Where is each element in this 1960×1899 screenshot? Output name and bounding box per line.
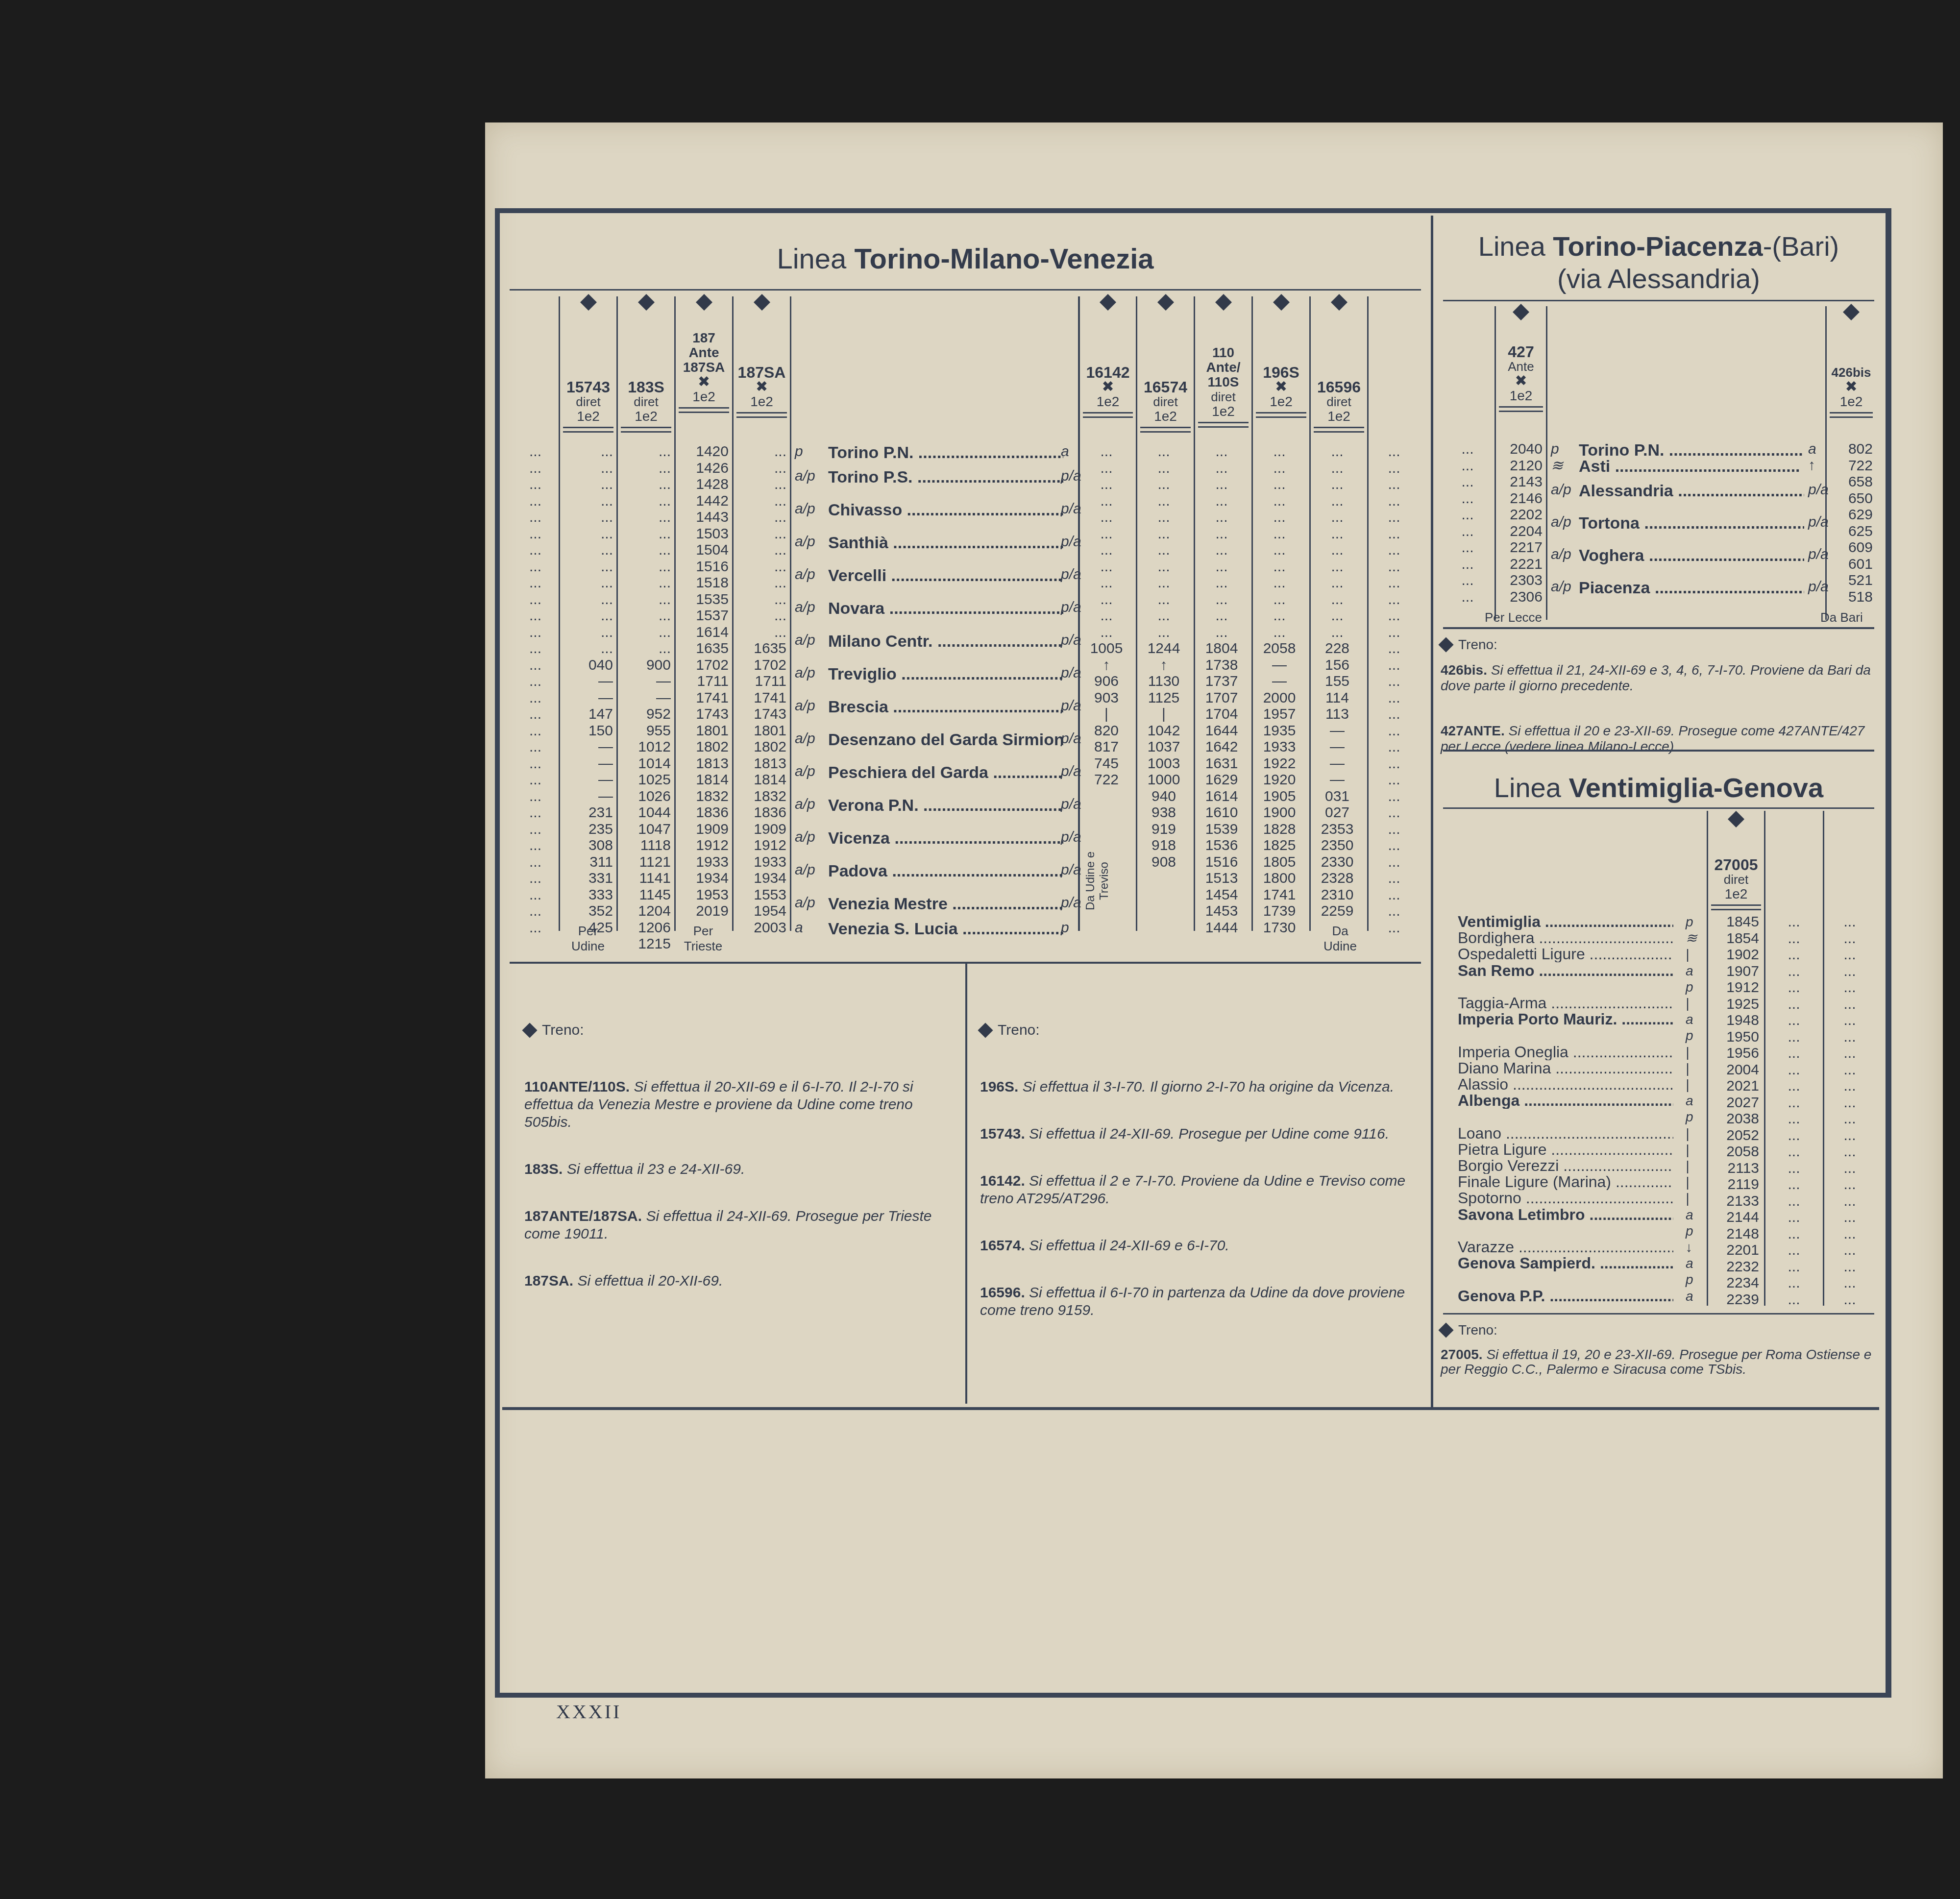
time-cell: ... [1370, 739, 1419, 755]
station-name: Novara .................................… [828, 599, 1063, 618]
time-cell: ... [512, 443, 559, 460]
station-name: Ventimiglia ............................… [1458, 914, 1673, 930]
footnote-item: 16596. Si effettua il 6-I-70 in partenza… [980, 1284, 1411, 1319]
time-cell: ... [1445, 589, 1490, 606]
time-cell: 1454 [1195, 887, 1248, 903]
time-cell: ... [618, 443, 671, 460]
time-cell: ... [1137, 443, 1190, 460]
arrival-departure-mark: | [1686, 1190, 1689, 1206]
time-cell: ... [1370, 608, 1419, 624]
time-cell: ... [1311, 559, 1364, 575]
footnote-text: Si effettua il 19, 20 e 23-XII-69. Prose… [1441, 1347, 1871, 1377]
time-cell: ... [1766, 1160, 1821, 1177]
time-cell: 1044 [618, 804, 671, 821]
time-cell: 609 [1828, 539, 1873, 556]
time-cell: ... [512, 608, 559, 624]
time-cell: ... [1253, 509, 1306, 526]
train-header-16574: 16574 diret 1e2 [1137, 296, 1194, 433]
time-cell: ... [1766, 1095, 1821, 1111]
footnote-text: Si effettua il 20-XII-69. [577, 1273, 723, 1289]
footnote-train-id: 196S. [980, 1079, 1018, 1095]
train-header-16596: 16596 diret 1e2 [1311, 296, 1367, 433]
time-cell: 2202 [1497, 507, 1543, 523]
time-cell: ... [1825, 1209, 1874, 1226]
arrival-departure-mark: a/p [795, 632, 815, 649]
time-cell: 1118 [618, 837, 671, 854]
time-cell: ... [1825, 1160, 1874, 1177]
station-name: Piacenza ...............................… [1579, 579, 1804, 598]
time-cell: 1614 [676, 624, 729, 641]
time-cell: ... [1137, 559, 1190, 575]
time-cell: 1442 [676, 493, 729, 510]
arrival-departure-mark: a [795, 920, 803, 936]
station-name: Genova Sampierd. .......................… [1458, 1255, 1673, 1271]
train-time-column: ....................................2281… [1311, 443, 1364, 920]
footer-per-lecce: Per Lecce [1485, 610, 1542, 625]
time-cell: ... [512, 772, 559, 788]
time-cell: 1739 [1253, 903, 1306, 920]
time-cell: ... [1370, 542, 1419, 559]
time-cell: ... [512, 821, 559, 838]
footnote-item: 187ANTE/187SA. Si effettua il 24-XII-69.… [524, 1208, 955, 1243]
time-cell: ... [1766, 1062, 1821, 1078]
time-cell: 2120 [1497, 458, 1543, 474]
station-name: Vicenza ................................… [828, 829, 1063, 848]
time-cell: 1912 [676, 837, 729, 854]
restaurant-car-icon: ✖ [734, 380, 790, 394]
time-cell: 1801 [676, 723, 729, 739]
time-cell: ... [618, 526, 671, 542]
time-cell: ... [1766, 1275, 1821, 1291]
time-cell: ... [1195, 443, 1248, 460]
footnote-item: 426bis. Si effettua il 21, 24-XII-69 e 3… [1441, 662, 1872, 694]
time-cell: ... [734, 509, 786, 526]
arrival-departure-mark: a/p [795, 796, 815, 813]
piacenza-title-rule [1443, 300, 1874, 301]
arrival-departure-mark: | [1686, 1060, 1689, 1076]
time-cell: ... [1080, 559, 1133, 575]
arrival-departure-mark: p/a [1061, 829, 1081, 846]
time-cell: 1711 [734, 673, 786, 690]
time-cell: 1909 [676, 821, 729, 838]
time-cell: 1933 [676, 854, 729, 871]
arrival-departure-mark: a/p [795, 468, 815, 485]
time-cell: ... [512, 854, 559, 871]
station-name: Pietra Ligure ..........................… [1458, 1142, 1673, 1158]
time-cell: ... [1766, 1291, 1821, 1308]
arrival-departure-mark: p [1686, 1027, 1693, 1044]
ellipsis-column: ........................................… [1766, 914, 1821, 1308]
station-name: Voghera ................................… [1579, 546, 1804, 565]
time-cell: ... [1195, 608, 1248, 624]
time-cell: 1907 [1710, 963, 1759, 980]
arrival-departure-mark: p/a [1061, 763, 1081, 780]
time-cell: 903 [1080, 690, 1133, 706]
station-name: Chivasso ...............................… [828, 501, 1063, 520]
footnote-text: Si effettua il 24-XII-69 e 6-I-70. [1029, 1238, 1229, 1254]
time-cell: 658 [1828, 474, 1873, 490]
time-cell: 1204 [618, 903, 671, 920]
time-cell: 2146 [1497, 490, 1543, 507]
time-cell: ... [618, 624, 671, 641]
time-cell: 2143 [1497, 474, 1543, 490]
restaurant-car-icon: ✖ [1253, 380, 1309, 394]
time-cell: 601 [1828, 556, 1873, 573]
time-cell: ... [1137, 575, 1190, 591]
arrival-departure-mark: ↓ [1686, 1239, 1692, 1255]
time-cell: ... [734, 608, 786, 624]
diamond-icon [1728, 811, 1744, 828]
time-cell: ... [1370, 887, 1419, 903]
time-cell: 333 [560, 887, 613, 903]
time-cell: ... [560, 542, 613, 559]
time-cell: ... [560, 509, 613, 526]
time-cell: ... [512, 673, 559, 690]
time-cell: ... [1825, 1193, 1874, 1210]
time-cell: ... [512, 493, 559, 510]
time-cell: 2019 [676, 903, 729, 920]
time-cell: ... [560, 493, 613, 510]
arrival-departure-mark: a/p [795, 730, 815, 747]
footnote-item: 15743. Si effettua il 24-XII-69. Prosegu… [980, 1125, 1411, 1143]
arrival-departure-mark: a/p [795, 829, 815, 846]
time-cell: 031 [1311, 788, 1364, 805]
time-cell: ... [1253, 608, 1306, 624]
train-header-110s: 110 Ante/ 110S diret 1e2 [1195, 296, 1251, 428]
col-line [790, 296, 791, 931]
time-cell: — [560, 755, 613, 772]
arrival-departure-mark: p [1061, 920, 1069, 936]
time-cell: ... [512, 591, 559, 608]
station-name: Varazze ................................… [1458, 1239, 1673, 1255]
time-cell: 1635 [676, 640, 729, 657]
train-header-187sa: 187SA ✖ 1e2 [734, 296, 790, 418]
time-cell: 1909 [734, 821, 786, 838]
time-cell: 1836 [676, 804, 729, 821]
footnote-item: 16574. Si effettua il 24-XII-69 e 6-I-70… [980, 1237, 1411, 1255]
train-time-column: 1845185419021907191219251948195019562004… [1710, 914, 1759, 1308]
diamond-icon [522, 1023, 537, 1038]
time-cell: 1743 [676, 706, 729, 723]
time-cell: ... [1766, 979, 1821, 996]
time-cell: 629 [1828, 507, 1873, 523]
time-cell: 1037 [1137, 739, 1190, 755]
time-cell: ... [1825, 1095, 1874, 1111]
diamond-icon [1331, 294, 1347, 311]
time-cell: 1244 [1137, 640, 1190, 657]
arrival-departure-mark: | [1686, 1076, 1689, 1093]
time-cell: ... [1825, 996, 1874, 1013]
time-cell: ... [1825, 1259, 1874, 1275]
time-cell: 1428 [676, 476, 729, 493]
time-cell: ... [560, 640, 613, 657]
time-cell: 1813 [734, 755, 786, 772]
station-name: San Remo ...............................… [1458, 963, 1673, 979]
time-cell: ... [1080, 608, 1133, 624]
time-cell: 1513 [1195, 870, 1248, 887]
station-name: Spotorno ...............................… [1458, 1190, 1673, 1206]
time-cell: 940 [1137, 788, 1190, 805]
time-cell: ... [512, 509, 559, 526]
arrival-departure-mark: p/a [1808, 514, 1829, 531]
time-cell: ... [512, 837, 559, 854]
footer-da-udine: Da Udine [1316, 924, 1365, 954]
time-cell: ... [1195, 591, 1248, 608]
time-cell: ... [1825, 1062, 1874, 1078]
time-cell: ... [1766, 914, 1821, 930]
time-cell: ... [618, 591, 671, 608]
time-cell: 1614 [1195, 788, 1248, 805]
time-cell: 1026 [618, 788, 671, 805]
footnote-item: 183S. Si effettua il 23 e 24-XII-69. [524, 1161, 955, 1178]
arrival-departure-mark: a/p [795, 862, 815, 878]
time-cell: ... [1766, 1226, 1821, 1242]
arrival-departure-mark: p/a [1061, 468, 1081, 485]
diamond-icon [1843, 304, 1860, 320]
time-cell: ... [1370, 624, 1419, 641]
time-cell: ... [1195, 460, 1248, 477]
time-cell: ... [560, 608, 613, 624]
arrival-departure-mark: | [1686, 1174, 1689, 1190]
time-cell: 1828 [1253, 821, 1306, 838]
restaurant-car-icon: ✖ [1496, 374, 1546, 389]
time-cell: ... [512, 542, 559, 559]
time-cell: — [1311, 723, 1364, 739]
time-cell: 906 [1080, 673, 1133, 690]
time-cell: 113 [1311, 706, 1364, 723]
footnote-text: Si effettua il 2 e 7-I-70. Proviene da U… [980, 1173, 1405, 1207]
time-cell: ... [1766, 1012, 1821, 1029]
footnote-item: 27005. Si effettua il 19, 20 e 23-XII-69… [1441, 1347, 1872, 1377]
time-cell: 228 [1311, 640, 1364, 657]
arrival-departure-mark: a/p [795, 534, 815, 550]
time-cell: ... [1370, 591, 1419, 608]
time-cell: 1738 [1195, 657, 1248, 674]
time-cell: ... [618, 542, 671, 559]
time-cell: 1802 [676, 739, 729, 755]
time-cell: ... [1370, 559, 1419, 575]
ellipsis-column: .............................. [1445, 441, 1490, 605]
time-cell: ... [1253, 542, 1306, 559]
time-cell: 331 [560, 870, 613, 887]
time-cell: ... [512, 526, 559, 542]
time-cell: ... [1825, 1029, 1874, 1046]
train-time-column: 2040212021432146220222042217222123032306 [1497, 441, 1543, 605]
time-cell: 1934 [734, 870, 786, 887]
time-cell: 1933 [734, 854, 786, 871]
ellipsis-column: ........................................… [1370, 443, 1419, 936]
arrival-departure-mark: p/a [1808, 482, 1829, 498]
station-name: Albenga ................................… [1458, 1093, 1673, 1109]
diamond-icon [1438, 637, 1453, 652]
time-cell: ... [1080, 624, 1133, 641]
arrival-departure-mark: p/a [1061, 599, 1081, 616]
time-cell: ... [512, 706, 559, 723]
time-cell: 1912 [1710, 979, 1759, 996]
ellipsis-column: ........................................… [512, 443, 559, 936]
time-cell: ... [1195, 526, 1248, 542]
time-cell: 1950 [1710, 1029, 1759, 1046]
time-cell: ... [1137, 624, 1190, 641]
footnote-text: Si effettua il 24-XII-69. Prosegue per U… [1029, 1126, 1389, 1142]
time-cell: ... [1370, 493, 1419, 510]
time-cell: ... [1370, 837, 1419, 854]
time-cell: ... [1445, 539, 1490, 556]
time-cell: ... [512, 460, 559, 477]
time-cell: ... [1137, 542, 1190, 559]
time-cell: ... [1370, 657, 1419, 674]
footnote-train-id: 15743. [980, 1126, 1025, 1142]
time-cell: ... [1137, 608, 1190, 624]
time-cell: ... [734, 493, 786, 510]
arrival-departure-mark: ↑ [1808, 457, 1815, 474]
arrival-departure-mark: a [1686, 1207, 1693, 1223]
arrival-departure-mark: | [1686, 1142, 1689, 1158]
time-cell: — [560, 673, 613, 690]
arrival-departure-mark: a [1061, 443, 1069, 460]
arrival-departure-mark: p [1686, 979, 1693, 995]
piacenza-notes-rule [1443, 750, 1874, 752]
time-cell: 1130 [1137, 673, 1190, 690]
train-time-column: 802722658650629625609601521518 [1828, 441, 1873, 605]
station-name: Vercelli ...............................… [828, 566, 1063, 585]
time-cell: 2021 [1710, 1078, 1759, 1095]
time-cell: 1902 [1710, 947, 1759, 963]
time-cell: ... [1137, 493, 1190, 510]
time-cell: ... [1080, 591, 1133, 608]
time-cell: ... [1253, 591, 1306, 608]
arrival-departure-mark: p [1551, 441, 1559, 458]
time-cell: ... [1137, 476, 1190, 493]
arrival-departure-mark: a/p [1551, 482, 1571, 498]
time-cell: ... [1445, 458, 1490, 474]
time-cell: ... [1080, 542, 1133, 559]
time-cell: 2232 [1710, 1259, 1759, 1275]
time-cell: ... [1253, 460, 1306, 477]
time-cell: 1702 [676, 657, 729, 674]
station-name: Bordighera .............................… [1458, 930, 1673, 946]
footnote-text: Si effettua il 3-I-70. Il giorno 2-I-70 … [1023, 1079, 1394, 1095]
train-header-426bis: 426bis ✖ 1e2 [1827, 306, 1876, 418]
time-cell: ... [1445, 441, 1490, 458]
time-cell: 625 [1828, 523, 1873, 540]
arrival-departure-mark: a/p [795, 895, 815, 911]
arrival-departure-mark: a [1686, 963, 1693, 979]
time-cell: ... [512, 804, 559, 821]
time-cell: ... [1253, 476, 1306, 493]
time-cell: ... [1766, 930, 1821, 947]
arrival-departure-mark: p/a [1061, 501, 1081, 517]
station-name: Loano ..................................… [1458, 1125, 1673, 1142]
time-cell: ... [1311, 591, 1364, 608]
time-cell: ... [618, 460, 671, 477]
time-cell: ... [1080, 575, 1133, 591]
time-cell: 027 [1311, 804, 1364, 821]
time-cell: ... [1370, 509, 1419, 526]
time-cell: 1956 [1710, 1045, 1759, 1062]
time-cell: ... [1370, 804, 1419, 821]
station-name: Tortona ................................… [1579, 514, 1804, 533]
time-cell: 1553 [734, 887, 786, 903]
time-cell: 1702 [734, 657, 786, 674]
time-cell: ... [618, 476, 671, 493]
time-cell: ... [512, 788, 559, 805]
time-cell: ... [560, 476, 613, 493]
time-cell: 352 [560, 903, 613, 920]
time-cell: 2038 [1710, 1111, 1759, 1127]
time-cell: ... [1766, 1045, 1821, 1062]
train-time-column: .......................................0… [560, 443, 613, 936]
time-cell: 1832 [676, 788, 729, 805]
arrival-departure-mark: p [795, 443, 803, 460]
time-cell: ... [1766, 1029, 1821, 1046]
time-cell: ... [560, 559, 613, 575]
diamond-icon [1157, 294, 1174, 311]
time-cell: ... [512, 887, 559, 903]
restaurant-car-icon: ✖ [1080, 380, 1136, 394]
time-cell: ... [618, 608, 671, 624]
time-cell: 2201 [1710, 1242, 1759, 1259]
time-cell: 1610 [1195, 804, 1248, 821]
time-cell: ... [1311, 575, 1364, 591]
station-name: Diano Marina ...........................… [1458, 1060, 1673, 1076]
time-cell: 2239 [1710, 1291, 1759, 1308]
time-cell: ... [1766, 1144, 1821, 1160]
time-cell: ... [1080, 443, 1133, 460]
time-cell: 1845 [1710, 914, 1759, 930]
time-cell: ... [1370, 870, 1419, 887]
time-cell: ... [1445, 507, 1490, 523]
time-cell: 1912 [734, 837, 786, 854]
time-cell: 1025 [618, 772, 671, 788]
time-cell: 802 [1828, 441, 1873, 458]
arrival-departure-mark: a/p [795, 599, 815, 616]
time-cell: ... [512, 920, 559, 936]
time-cell: 1516 [1195, 854, 1248, 871]
time-cell: 722 [1080, 772, 1133, 788]
time-cell: 2058 [1253, 640, 1306, 657]
time-cell: ... [1195, 559, 1248, 575]
time-cell: ... [734, 443, 786, 460]
train-header-183s: 183S diret 1e2 [618, 296, 674, 433]
time-cell: ... [512, 575, 559, 591]
time-cell: 2259 [1311, 903, 1364, 920]
train-header-16142: 16142 ✖ 1e2 [1080, 296, 1136, 418]
time-cell: ... [1370, 460, 1419, 477]
time-cell: ... [1370, 772, 1419, 788]
time-cell: ... [1195, 476, 1248, 493]
arrival-departure-mark: | [1686, 995, 1689, 1011]
train-time-column: ....................................1635… [734, 443, 786, 936]
time-cell: 1503 [676, 526, 729, 542]
diamond-icon [978, 1023, 993, 1038]
diamond-icon [754, 294, 770, 311]
time-cell: — [1311, 755, 1364, 772]
time-cell: — [618, 673, 671, 690]
time-cell: ... [618, 509, 671, 526]
arrival-departure-mark: ≋ [1551, 457, 1563, 474]
col-line [1764, 811, 1765, 1306]
time-cell: 1922 [1253, 755, 1306, 772]
time-cell: 1535 [676, 591, 729, 608]
arrival-departure-mark: a/p [795, 665, 815, 682]
time-cell: 2004 [1710, 1062, 1759, 1078]
train-time-column: .......................................9… [618, 443, 671, 952]
time-cell: 1957 [1253, 706, 1306, 723]
time-cell: 1953 [676, 887, 729, 903]
time-cell: — [1253, 673, 1306, 690]
time-cell: ... [1370, 443, 1419, 460]
